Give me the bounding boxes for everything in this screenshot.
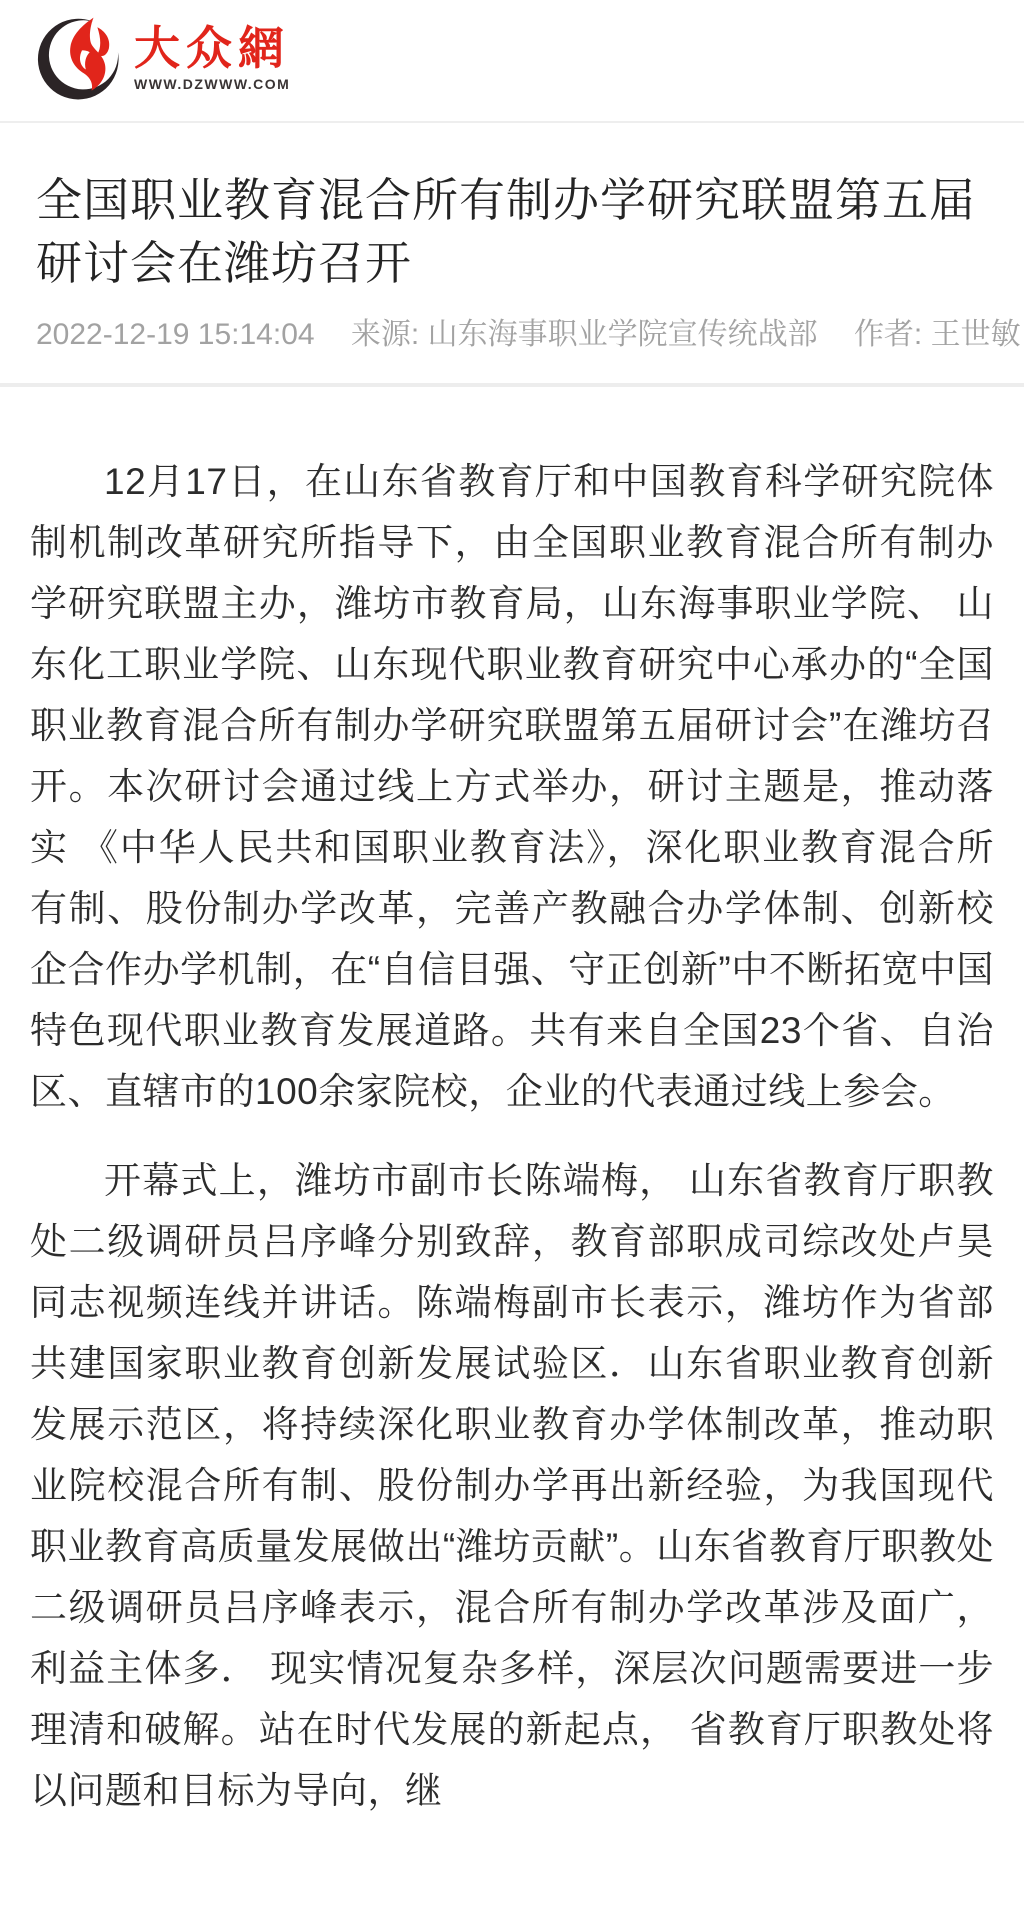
article-source: 来源: 山东海事职业学院宣传统战部 <box>351 318 818 351</box>
publish-datetime: 2022-12-19 15:14:04 <box>36 318 315 351</box>
article-paragraph: 开幕式上，潍坊市副市长陈端梅， 山东省教育厅职教处二级调研员吕序峰分别致辞，教育… <box>30 1150 994 1821</box>
site-url-text: WWW.DZWWW.COM <box>134 76 290 92</box>
site-logo-link[interactable]: 大众網 WWW.DZWWW.COM <box>34 10 290 108</box>
article-page: 大众網 WWW.DZWWW.COM 全国职业教育混合所有制办学研究联盟第五届研讨… <box>0 0 1024 1916</box>
article-title: 全国职业教育混合所有制办学研究联盟第五届研讨会在潍坊召开 <box>36 169 988 295</box>
header-divider <box>0 121 1024 123</box>
article-body: 12月17日，在山东省教育厅和中国教育科学研究院体制机制改革研究所指导下，由全国… <box>0 387 1024 1821</box>
site-header: 大众網 WWW.DZWWW.COM <box>0 0 1024 121</box>
article-paragraph: 12月17日，在山东省教育厅和中国教育科学研究院体制机制改革研究所指导下，由全国… <box>30 451 994 1122</box>
article-author: 作者: 王世敏 <box>854 318 1021 351</box>
dzwww-flame-crescent-icon <box>34 10 130 111</box>
site-brand-name: 大众網 <box>134 24 290 74</box>
article-meta-row: 2022-12-19 15:14:04 来源: 山东海事职业学院宣传统战部 作者… <box>36 317 988 353</box>
